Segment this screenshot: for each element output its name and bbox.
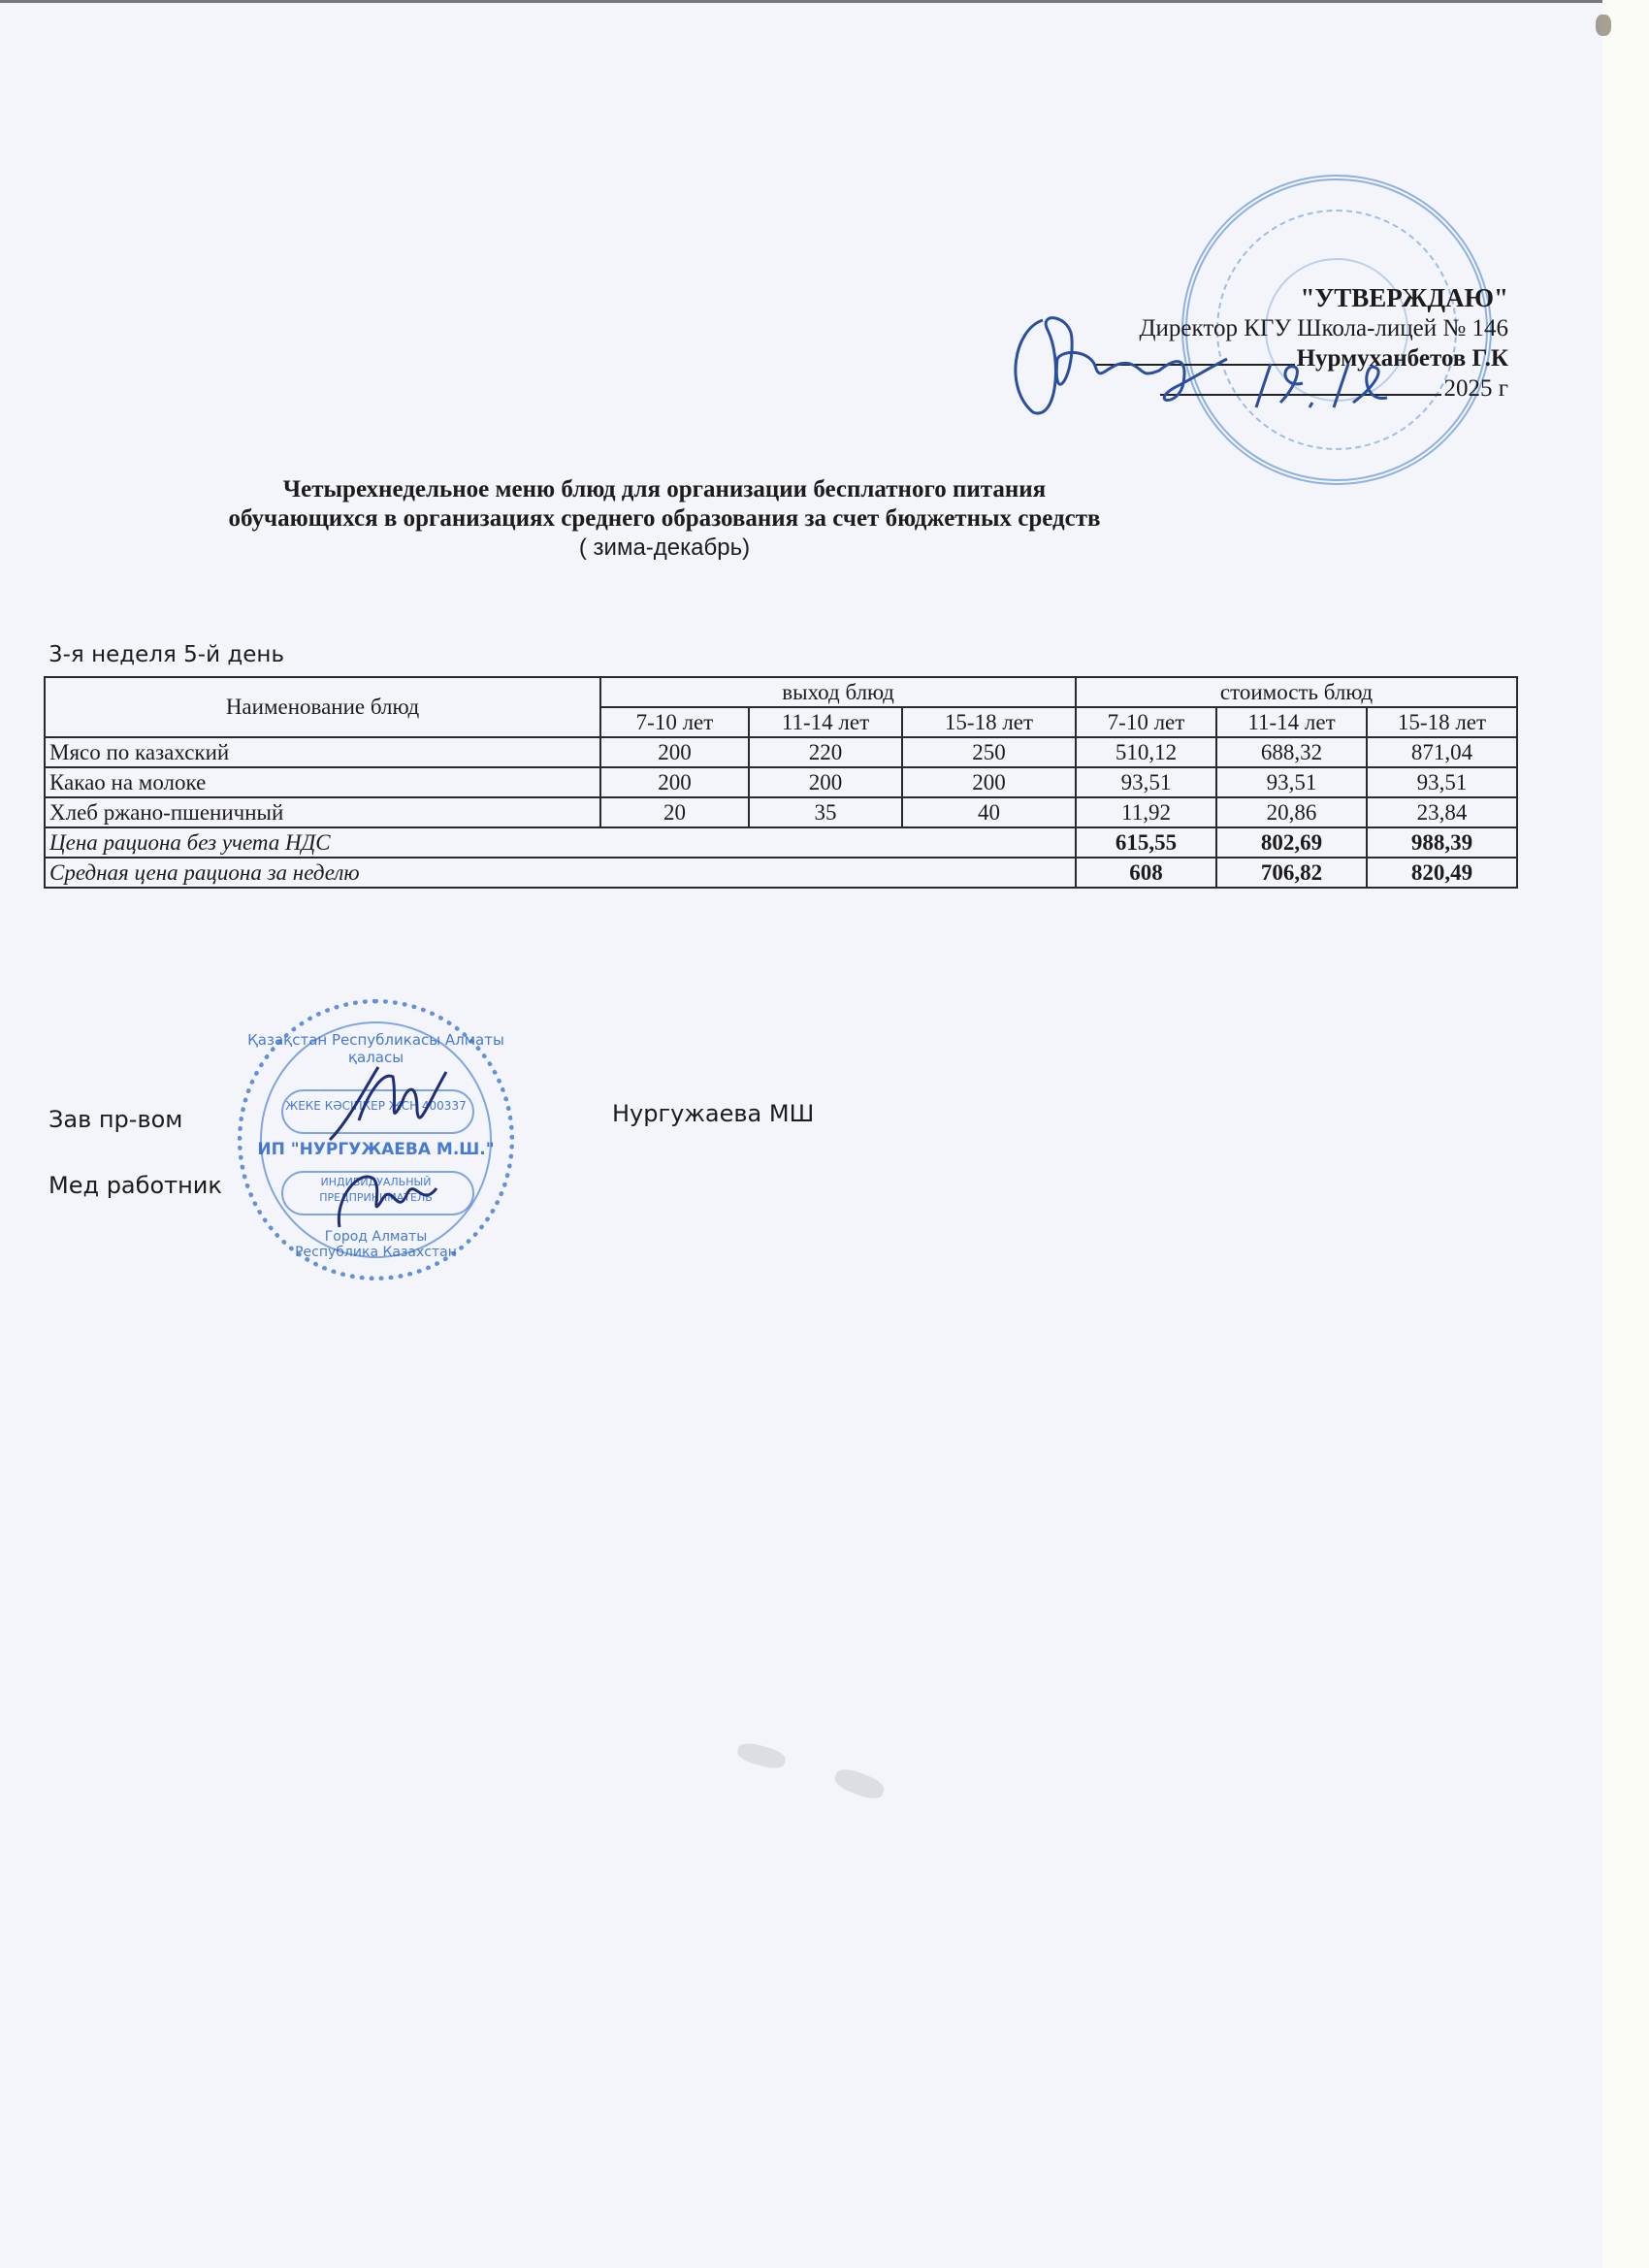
cost-cell: 11,92 xyxy=(1076,797,1216,827)
approver-position: Директор КГУ Школа-лицей № 146 xyxy=(1096,313,1508,343)
total-row-weekly-average: Средная цена рациона за неделю 608 706,8… xyxy=(45,858,1517,888)
signature-line xyxy=(1096,346,1295,366)
output-cell: 200 xyxy=(600,767,749,797)
document-title: Четырехнедельное меню блюд для организац… xyxy=(0,475,1329,563)
stamp-bottom-text: Город Алматы Республика Казахстан xyxy=(242,1229,509,1260)
output-cell: 250 xyxy=(902,737,1076,767)
average-cost: 820,49 xyxy=(1367,858,1517,888)
title-line-1: Четырехнедельное меню блюд для организац… xyxy=(0,475,1329,504)
col-header-age: 7-10 лет xyxy=(600,707,749,737)
table-row: Хлеб ржано-пшеничный 20 35 40 11,92 20,8… xyxy=(45,797,1517,827)
output-cell: 220 xyxy=(749,737,902,767)
cost-cell: 93,51 xyxy=(1076,767,1216,797)
medic-label: Мед работник xyxy=(48,1172,222,1199)
menu-table: Наименование блюд выход блюд стоимость б… xyxy=(44,676,1518,889)
col-header-age: 7-10 лет xyxy=(1076,707,1216,737)
approval-year: 2025 г xyxy=(1443,375,1508,402)
date-line xyxy=(1160,376,1441,396)
scan-top-edge xyxy=(0,0,1602,3)
col-header-age: 11-14 лет xyxy=(1216,707,1367,737)
dish-name: Хлеб ржано-пшеничный xyxy=(45,797,600,827)
output-cell: 200 xyxy=(902,767,1076,797)
stamp-center-text: ИП "НУРГУЖАЕВА М.Ш." xyxy=(242,1140,509,1159)
average-cost: 608 xyxy=(1076,858,1216,888)
title-season: ( зима-декабрь) xyxy=(0,534,1329,563)
table-row: Мясо по казахский 200 220 250 510,12 688… xyxy=(45,737,1517,767)
col-header-age: 15-18 лет xyxy=(1367,707,1517,737)
total-cost: 802,69 xyxy=(1216,827,1367,858)
output-cell: 20 xyxy=(600,797,749,827)
stamp-top-text: Қазақстан Республикасы Алматы қаласы xyxy=(242,1031,509,1066)
week-day-label: 3-я неделя 5-й день xyxy=(48,642,284,667)
col-header-age: 15-18 лет xyxy=(902,707,1076,737)
output-cell: 40 xyxy=(902,797,1076,827)
average-label: Средная цена рациона за неделю xyxy=(45,858,1076,888)
approval-heading: "УТВЕРЖДАЮ" xyxy=(1096,283,1508,313)
cost-cell: 688,32 xyxy=(1216,737,1367,767)
cost-cell: 93,51 xyxy=(1367,767,1517,797)
manager-name: Нургужаева МШ xyxy=(612,1100,814,1127)
cost-cell: 93,51 xyxy=(1216,767,1367,797)
approver-name: Нурмуханбетов Г.К xyxy=(1297,345,1508,372)
title-line-2: обучающихся в организациях среднего обра… xyxy=(0,504,1329,534)
cost-cell: 23,84 xyxy=(1367,797,1517,827)
output-cell: 35 xyxy=(749,797,902,827)
scan-smudge xyxy=(735,1740,787,1771)
cost-cell: 20,86 xyxy=(1216,797,1367,827)
scan-margin xyxy=(1602,0,1649,2268)
dish-name: Мясо по казахский xyxy=(45,737,600,767)
cost-cell: 871,04 xyxy=(1367,737,1517,767)
total-cost: 988,39 xyxy=(1367,827,1517,858)
total-row-no-vat: Цена рациона без учета НДС 615,55 802,69… xyxy=(45,827,1517,858)
stamp-upper-band-text: ЖЕКЕ КӘСІПКЕР ЖСН 400337 xyxy=(242,1099,509,1113)
scan-smudge xyxy=(1596,15,1611,36)
manager-label: Зав пр-вом xyxy=(48,1106,182,1133)
average-cost: 706,82 xyxy=(1216,858,1367,888)
col-header-dish-name: Наименование блюд xyxy=(45,677,600,737)
cost-cell: 510,12 xyxy=(1076,737,1216,767)
stamp-lower-band-text: ИНДИВИДУАЛЬНЫЙ ПРЕДПРИНИМАТЕЛЬ xyxy=(242,1175,509,1206)
output-cell: 200 xyxy=(749,767,902,797)
col-group-output: выход блюд xyxy=(600,677,1076,707)
col-group-cost: стоимость блюд xyxy=(1076,677,1517,707)
scan-smudge xyxy=(832,1766,887,1802)
entrepreneur-stamp: Қазақстан Республикасы Алматы қаласы ЖЕК… xyxy=(238,999,514,1280)
table-header-row: Наименование блюд выход блюд стоимость б… xyxy=(45,677,1517,707)
output-cell: 200 xyxy=(600,737,749,767)
approval-block: "УТВЕРЖДАЮ" Директор КГУ Школа-лицей № 1… xyxy=(1096,283,1508,404)
total-label: Цена рациона без учета НДС xyxy=(45,827,1076,858)
table-row: Какао на молоке 200 200 200 93,51 93,51 … xyxy=(45,767,1517,797)
col-header-age: 11-14 лет xyxy=(749,707,902,737)
dish-name: Какао на молоке xyxy=(45,767,600,797)
total-cost: 615,55 xyxy=(1076,827,1216,858)
